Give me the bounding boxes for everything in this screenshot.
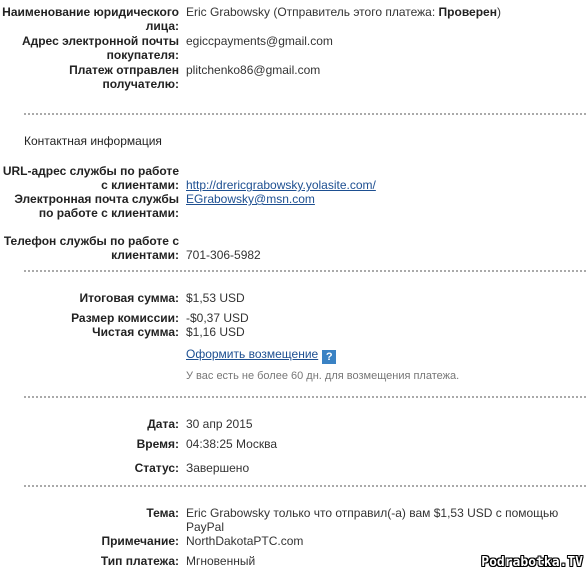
- status-value: Завершено: [186, 461, 586, 475]
- net-amount-value: $1,16 USD: [186, 325, 586, 339]
- legal-name-label: Наименование юридического лица:: [0, 5, 179, 33]
- note-value: NorthDakotaPTC.com: [186, 534, 586, 548]
- support-url-value-wrap: http://drericgrabowsky.yolasite.com/: [186, 164, 586, 192]
- refund-row: Оформить возмещение?: [0, 347, 586, 364]
- support-phone-label: Телефон службы по работе с клиентами:: [0, 234, 179, 262]
- legal-name-value: Eric Grabowsky (Отправитель этого платеж…: [186, 5, 586, 19]
- support-url-link[interactable]: http://drericgrabowsky.yolasite.com/: [186, 178, 376, 192]
- note-label: Примечание:: [0, 534, 179, 548]
- legal-name-text: Eric Grabowsky (Отправитель этого платеж…: [186, 5, 439, 19]
- issue-refund-link[interactable]: Оформить возмещение: [186, 347, 318, 361]
- status-row: Статус: Завершено: [0, 461, 586, 475]
- help-icon[interactable]: ?: [322, 350, 336, 364]
- recipient-row: Платеж отправлен получателю: plitchenko8…: [0, 63, 586, 91]
- support-url-row: URL-адрес службы по работе с клиентами: …: [0, 164, 586, 192]
- net-amount-label: Чистая сумма:: [0, 325, 179, 339]
- buyer-email-value: egiccpayments@gmail.com: [186, 34, 586, 48]
- date-label: Дата:: [0, 417, 179, 431]
- time-label: Время:: [0, 437, 179, 451]
- support-email-link[interactable]: EGrabowsky@msn.com: [186, 192, 315, 206]
- support-email-label: Электронная почта службы по работе с кли…: [0, 192, 179, 220]
- buyer-email-label: Адрес электронной почты покупателя:: [0, 34, 179, 62]
- verification-status: Проверен: [439, 5, 497, 19]
- note-row: Примечание: NorthDakotaPTC.com: [0, 534, 586, 548]
- section-divider: [24, 485, 586, 487]
- refund-note: У вас есть не более 60 дн. для возмещени…: [186, 369, 586, 383]
- subject-value: Eric Grabowsky только что отправил(-а) в…: [186, 506, 586, 534]
- fee-value: -$0,37 USD: [186, 311, 586, 325]
- total-amount-value: $1,53 USD: [186, 291, 586, 305]
- support-email-row: Электронная почта службы по работе с кли…: [0, 192, 586, 220]
- total-amount-row: Итоговая сумма: $1,53 USD: [0, 291, 586, 305]
- buyer-email-row: Адрес электронной почты покупателя: egic…: [0, 34, 586, 62]
- refund-wrap: Оформить возмещение?: [186, 347, 586, 364]
- contact-info-heading: Контактная информация: [24, 134, 162, 148]
- support-phone-row: Телефон службы по работе с клиентами: 70…: [0, 234, 586, 262]
- recipient-value: plitchenko86@gmail.com: [186, 63, 586, 77]
- time-value: 04:38:25 Москва: [186, 437, 586, 451]
- watermark: Podrabotka.TV: [481, 555, 583, 570]
- support-email-value-wrap: EGrabowsky@msn.com: [186, 192, 586, 206]
- support-phone-value: 701-306-5982: [186, 234, 586, 262]
- section-divider: [24, 270, 586, 272]
- refund-note-row: У вас есть не более 60 дн. для возмещени…: [0, 369, 586, 383]
- legal-name-row: Наименование юридического лица: Eric Gra…: [0, 5, 586, 33]
- total-amount-label: Итоговая сумма:: [0, 291, 179, 305]
- recipient-label: Платеж отправлен получателю:: [0, 63, 179, 91]
- date-row: Дата: 30 апр 2015: [0, 417, 586, 431]
- net-amount-row: Чистая сумма: $1,16 USD: [0, 325, 586, 339]
- fee-label: Размер комиссии:: [0, 311, 179, 325]
- support-url-label: URL-адрес службы по работе с клиентами:: [0, 164, 179, 192]
- subject-row: Тема: Eric Grabowsky только что отправил…: [0, 506, 586, 534]
- date-value: 30 апр 2015: [186, 417, 586, 431]
- section-divider: [24, 113, 586, 115]
- status-label: Статус:: [0, 461, 179, 475]
- time-row: Время: 04:38:25 Москва: [0, 437, 586, 451]
- subject-label: Тема:: [0, 506, 179, 520]
- legal-name-suffix: ): [497, 5, 501, 19]
- payment-type-label: Тип платежа:: [0, 554, 179, 568]
- section-divider: [24, 396, 586, 398]
- fee-row: Размер комиссии: -$0,37 USD: [0, 311, 586, 325]
